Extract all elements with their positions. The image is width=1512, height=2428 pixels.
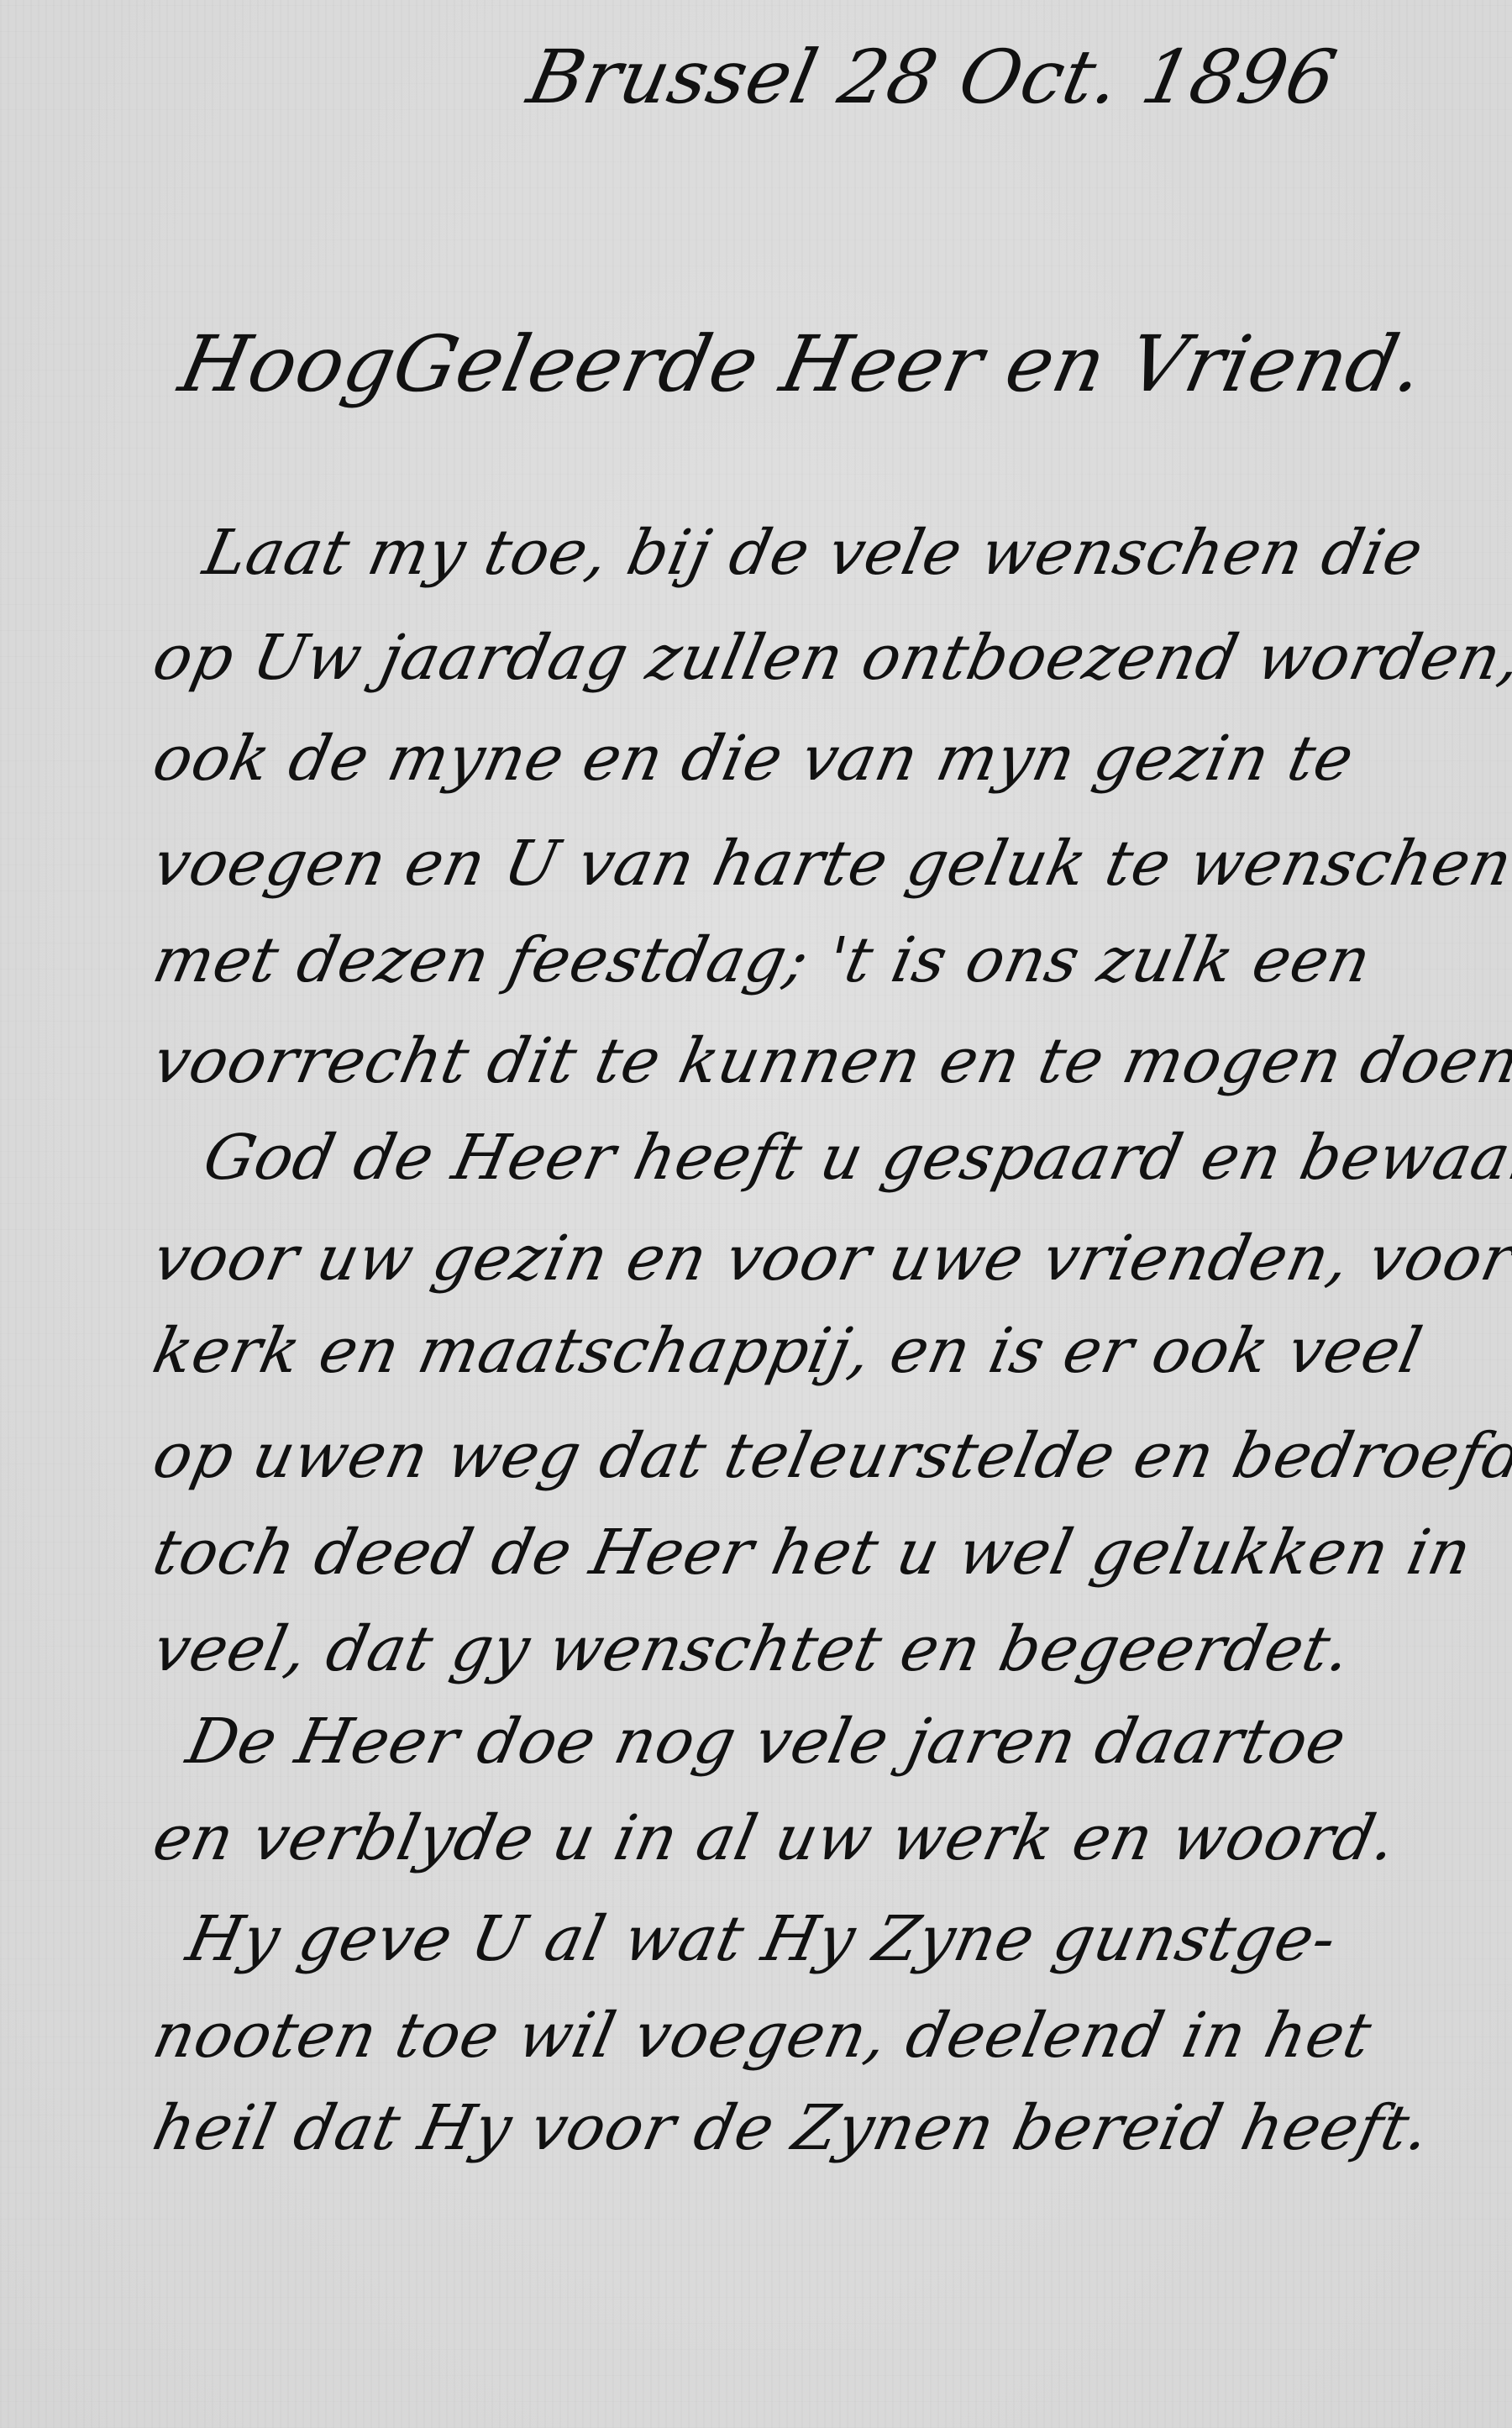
letter-line: veel, dat gy wenschtet en begeerdet.	[147, 1613, 1357, 1685]
letter-line: toch deed de Heer het u wel gelukken in	[147, 1516, 1478, 1589]
letter-line: ook de myne en die van myn gezin te	[147, 723, 1361, 795]
letter-line: God de Heer heeft u gespaard en bewaard	[197, 1122, 1512, 1194]
salutation: HoogGeleerde Heer en Vriend.	[172, 319, 1432, 409]
letter-page: Brussel 28 Oct. 1896 HoogGeleerde Heer e…	[0, 0, 1512, 2428]
letter-line: voorrecht dit te kunnen en te mogen doen…	[147, 1025, 1512, 1097]
letter-line: met dezen feestdag; 't is ons zulk een	[147, 924, 1378, 996]
letter-line: Laat my toe, bij de vele wenschen die	[197, 517, 1430, 589]
letter-line: voegen en U van harte geluk te wenschen	[147, 828, 1512, 900]
letter-line: op Uw jaardag zullen ontboezend worden,	[147, 622, 1512, 694]
letter-line: op uwen weg dat teleurstelde en bedroefd…	[147, 1420, 1512, 1492]
letter-line: heil dat Hy voor de Zynen bereid heeft.	[147, 2092, 1436, 2164]
letter-line: en verblyde u in al uw werk en woord.	[147, 1802, 1403, 1874]
letter-line: nooten toe wil voegen, deelend in het	[147, 2000, 1378, 2072]
letter-line: kerk en maatschappij, en is er ook veel	[147, 1315, 1429, 1387]
letter-line: voor uw gezin en voor uwe vrienden, voor	[147, 1222, 1512, 1295]
place-and-date: Brussel 28 Oct. 1896	[521, 34, 1344, 120]
letter-line: Hy geve U al wat Hy Zyne gunstge-	[181, 1903, 1343, 1975]
letter-line: De Heer doe nog vele jaren daartoe	[181, 1705, 1352, 1778]
